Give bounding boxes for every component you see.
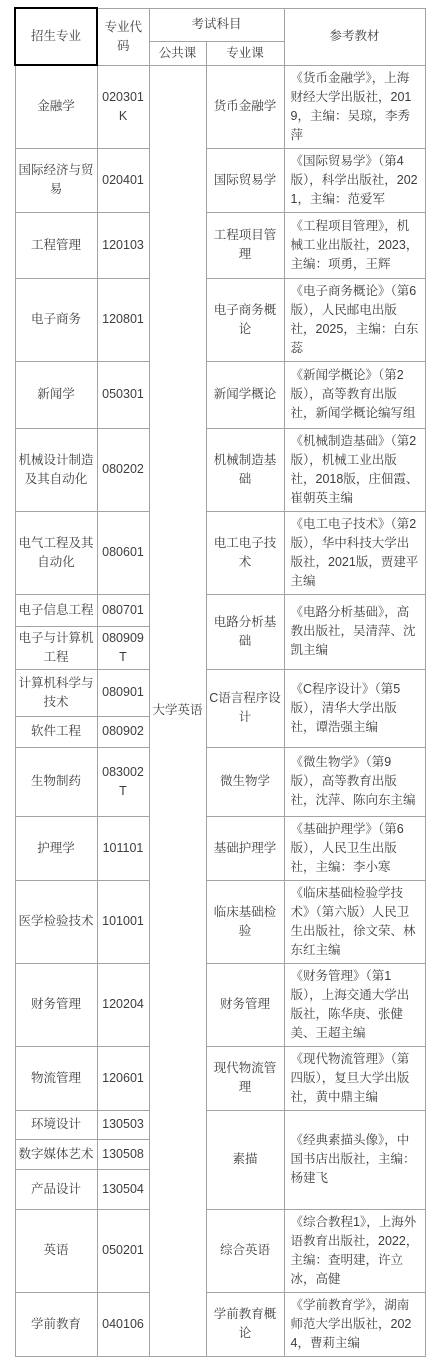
- table-row: 环境设计 130503 素描 《经典素描头像》，中国书店出版社，主编：杨建飞: [15, 1110, 425, 1139]
- table-row: 财务管理 120204 财务管理 《财务管理》（第1版），上海交通大学出版社，陈…: [15, 963, 425, 1046]
- course-cell: 机械制造基础: [206, 428, 284, 511]
- table-row: 电子商务 120801 电子商务概论 《电子商务概论》（第6版），人民邮电出版社…: [15, 278, 425, 361]
- table-row: 工程管理 120103 工程项目管理 《工程项目管理》，机械工业出版社，2023…: [15, 212, 425, 278]
- code-cell: 050301: [97, 361, 149, 428]
- textbook-cell: 《工程项目管理》，机械工业出版社，2023，主编：项勇，王辉: [284, 212, 425, 278]
- code-cell: 080701: [97, 594, 149, 626]
- course-cell: 电路分析基础: [206, 594, 284, 669]
- code-cell: 120801: [97, 278, 149, 361]
- table-row: 电气工程及其自动化 080601 电工电子技术 《电工电子技术》（第2版），华中…: [15, 511, 425, 594]
- code-cell: 020301K: [97, 65, 149, 148]
- textbook-cell: 《机械制造基础》（第2版），机械工业出版社，2018版，庄佃霞、崔朝英主编: [284, 428, 425, 511]
- major-cell: 学前教育: [15, 1292, 97, 1356]
- code-cell: 080901: [97, 669, 149, 716]
- textbook-cell: 《电工电子技术》（第2版），华中科技大学出版社，2021版，贾建平主编: [284, 511, 425, 594]
- textbook-cell: 《临床基础检验学技术》（第六版）人民卫生出版社，徐文荣、林东红主编: [284, 880, 425, 963]
- code-cell: 050201: [97, 1209, 149, 1292]
- code-cell: 080202: [97, 428, 149, 511]
- header-cell-code: 专业代码: [97, 8, 149, 65]
- course-cell: 电工电子技术: [206, 511, 284, 594]
- table-row: 生物制药 083002T 微生物学 《微生物学》（第9版），高等教育出版社，沈萍…: [15, 747, 425, 816]
- textbook-cell: 《C程序设计》（第5版），清华大学出版社，谭浩强主编: [284, 669, 425, 747]
- major-cell: 国际经济与贸易: [15, 148, 97, 212]
- table-row: 英语 050201 综合英语 《综合教程1》，上海外语教育出版社，2022，主编…: [15, 1209, 425, 1292]
- code-cell: 083002T: [97, 747, 149, 816]
- course-cell: 货币金融学: [206, 65, 284, 148]
- course-cell: 基础护理学: [206, 816, 284, 880]
- code-cell: 130508: [97, 1139, 149, 1169]
- course-cell: 现代物流管理: [206, 1046, 284, 1110]
- textbook-cell: 《电路分析基础》，高教出版社，吴清萍、沈凯主编: [284, 594, 425, 669]
- course-cell: 财务管理: [206, 963, 284, 1046]
- major-cell: 软件工程: [15, 716, 97, 747]
- textbook-cell: 《货币金融学》，上海财经大学出版社，2019，主编：吴琼，李秀萍: [284, 65, 425, 148]
- course-cell: C语言程序设计: [206, 669, 284, 747]
- major-cell: 工程管理: [15, 212, 97, 278]
- major-cell: 电子信息工程: [15, 594, 97, 626]
- course-cell: 微生物学: [206, 747, 284, 816]
- code-cell: 080902: [97, 716, 149, 747]
- admission-exam-table: 招生专业 专业代码 考试科目 参考教材 公共课 专业课 金融学 020301K …: [14, 7, 426, 1357]
- code-cell: 120204: [97, 963, 149, 1046]
- code-cell: 040106: [97, 1292, 149, 1356]
- textbook-cell: 《综合教程1》，上海外语教育出版社，2022，主编：查明建，许立冰，高健: [284, 1209, 425, 1292]
- textbook-cell: 《学前教育学》，湖南师范大学出版社，2024，曹莉主编: [284, 1292, 425, 1356]
- textbook-cell: 《财务管理》（第1版），上海交通大学出版社，陈华庚、张健美、王超主编: [284, 963, 425, 1046]
- course-cell: 工程项目管理: [206, 212, 284, 278]
- major-cell: 电子商务: [15, 278, 97, 361]
- header-row-1: 招生专业 专业代码 考试科目 参考教材: [15, 8, 425, 41]
- course-cell: 学前教育概论: [206, 1292, 284, 1356]
- major-cell: 财务管理: [15, 963, 97, 1046]
- textbook-cell: 《基础护理学》（第6版），人民卫生出版社，主编：李小寒: [284, 816, 425, 880]
- code-cell: 020401: [97, 148, 149, 212]
- major-cell: 物流管理: [15, 1046, 97, 1110]
- major-cell: 机械设计制造及其自动化: [15, 428, 97, 511]
- code-cell: 080909T: [97, 626, 149, 669]
- header-cell-public-course: 公共课: [149, 41, 206, 65]
- code-cell: 101001: [97, 880, 149, 963]
- course-cell: 素描: [206, 1110, 284, 1209]
- textbook-cell: 《微生物学》（第9版），高等教育出版社，沈萍、陈向东主编: [284, 747, 425, 816]
- header-cell-specialized-course: 专业课: [206, 41, 284, 65]
- public-course-cell: 大学英语: [149, 65, 206, 1356]
- major-cell: 计算机科学与技术: [15, 669, 97, 716]
- table-row: 物流管理 120601 现代物流管理 《现代物流管理》（第四版），复旦大学出版社…: [15, 1046, 425, 1110]
- code-cell: 101101: [97, 816, 149, 880]
- major-cell: 医学检验技术: [15, 880, 97, 963]
- table-row: 电子信息工程 080701 电路分析基础 《电路分析基础》，高教出版社，吴清萍、…: [15, 594, 425, 626]
- code-cell: 120103: [97, 212, 149, 278]
- table-row: 新闻学 050301 新闻学概论 《新闻学概论》（第2版），高等教育出版社，新闻…: [15, 361, 425, 428]
- header-cell-exam-subjects: 考试科目: [149, 8, 284, 41]
- table-row: 机械设计制造及其自动化 080202 机械制造基础 《机械制造基础》（第2版），…: [15, 428, 425, 511]
- table-row: 学前教育 040106 学前教育概论 《学前教育学》，湖南师范大学出版社，202…: [15, 1292, 425, 1356]
- code-cell: 130504: [97, 1169, 149, 1209]
- code-cell: 120601: [97, 1046, 149, 1110]
- major-cell: 金融学: [15, 65, 97, 148]
- course-cell: 临床基础检验: [206, 880, 284, 963]
- table-row: 计算机科学与技术 080901 C语言程序设计 《C程序设计》（第5版），清华大…: [15, 669, 425, 716]
- major-cell: 数字媒体艺术: [15, 1139, 97, 1169]
- major-cell: 电子与计算机工程: [15, 626, 97, 669]
- textbook-cell: 《电子商务概论》（第6版），人民邮电出版社，2025，主编：白东蕊: [284, 278, 425, 361]
- course-cell: 国际贸易学: [206, 148, 284, 212]
- major-cell: 电气工程及其自动化: [15, 511, 97, 594]
- table-row: 护理学 101101 基础护理学 《基础护理学》（第6版），人民卫生出版社，主编…: [15, 816, 425, 880]
- major-cell: 环境设计: [15, 1110, 97, 1139]
- header-cell-major: 招生专业: [15, 8, 97, 65]
- major-cell: 护理学: [15, 816, 97, 880]
- major-cell: 英语: [15, 1209, 97, 1292]
- textbook-cell: 《经典素描头像》，中国书店出版社，主编：杨建飞: [284, 1110, 425, 1209]
- table-row: 金融学 020301K 大学英语 货币金融学 《货币金融学》，上海财经大学出版社…: [15, 65, 425, 148]
- textbook-cell: 《新闻学概论》（第2版），高等教育出版社，新闻学概论编写组: [284, 361, 425, 428]
- table-row: 国际经济与贸易 020401 国际贸易学 《国际贸易学》（第4版），科学出版社，…: [15, 148, 425, 212]
- textbook-cell: 《国际贸易学》（第4版），科学出版社，2021，主编：范爱军: [284, 148, 425, 212]
- course-cell: 电子商务概论: [206, 278, 284, 361]
- textbook-cell: 《现代物流管理》（第四版），复旦大学出版社，黄中鼎主编: [284, 1046, 425, 1110]
- code-cell: 130503: [97, 1110, 149, 1139]
- course-cell: 新闻学概论: [206, 361, 284, 428]
- code-cell: 080601: [97, 511, 149, 594]
- major-cell: 产品设计: [15, 1169, 97, 1209]
- major-cell: 生物制药: [15, 747, 97, 816]
- header-cell-textbook: 参考教材: [284, 8, 425, 65]
- major-cell: 新闻学: [15, 361, 97, 428]
- table-row: 医学检验技术 101001 临床基础检验 《临床基础检验学技术》（第六版）人民卫…: [15, 880, 425, 963]
- course-cell: 综合英语: [206, 1209, 284, 1292]
